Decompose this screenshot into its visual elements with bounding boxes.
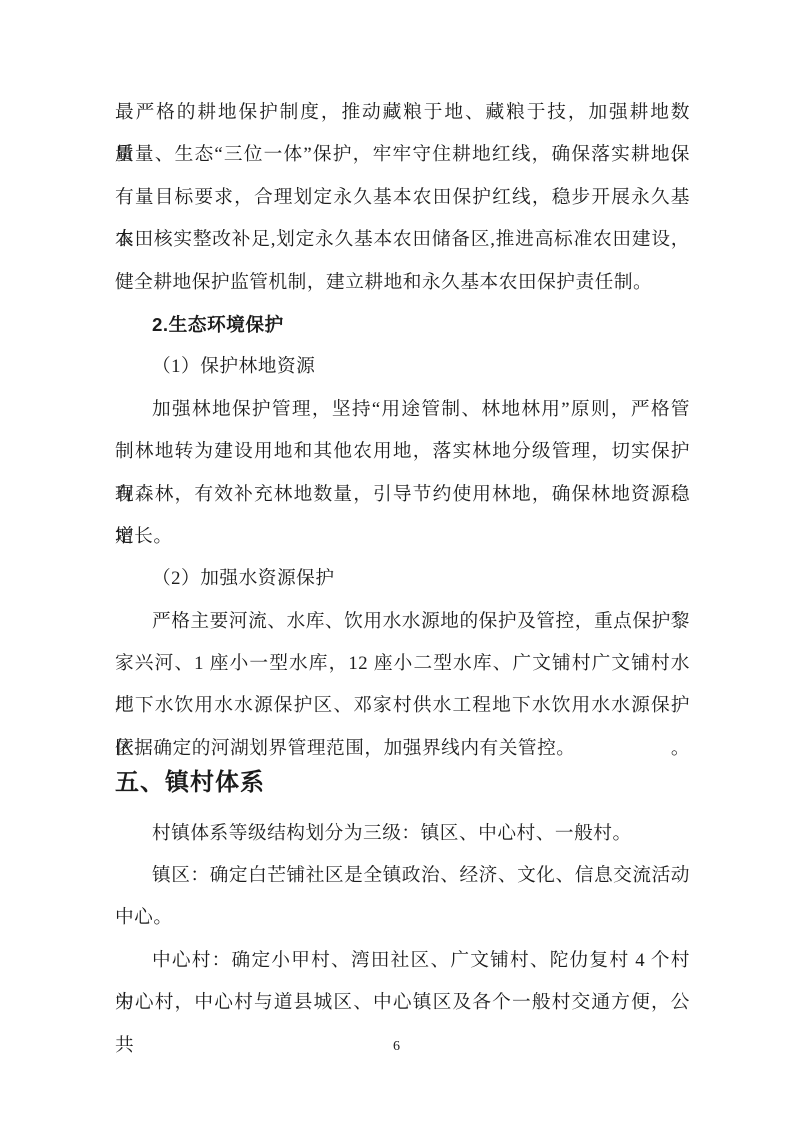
subsection-heading: 2.生态环境保护 (115, 304, 690, 346)
document-page: 最严格的耕地保护制度，推动藏粮于地、藏粮于技，加强耕地数量、 质量、生态“三位一… (0, 0, 793, 1122)
list-item-heading: （1）保护林地资源 (115, 346, 690, 388)
page-number: 6 (0, 1038, 793, 1056)
text-line: 中心村，中心村与道县城区、中心镇区及各个一般村交通方便，公共 (115, 982, 690, 1024)
document-body: 最严格的耕地保护制度，推动藏粮于地、藏粮于技，加强耕地数量、 质量、生态“三位一… (115, 92, 690, 1025)
text-line: 有量目标要求，合理划定永久基本农田保护红线，稳步开展永久基本 (115, 177, 690, 219)
text-line: 最严格的耕地保护制度，推动藏粮于地、藏粮于技，加强耕地数量、 (115, 92, 690, 134)
text-line: 增长。 (115, 516, 690, 558)
text-line: 农田核实整改补足,划定永久基本农田储备区,推进高标准农田建设， (115, 219, 690, 261)
text-line: 镇区：确定白芒铺社区是全镇政治、经济、文化、信息交流活动 (115, 855, 690, 897)
text-line: 家兴河、1 座小一型水库，12 座小二型水库、广文铺村广文铺村水厂 (115, 643, 690, 685)
text-line: 制林地转为建设用地和其他农用地，落实林地分级管理，切实保护现 (115, 431, 690, 473)
text-line: 地下水饮用水水源保护区、邓家村供水工程地下水饮用水水源保护区。 (115, 685, 690, 727)
text-line: 加强林地保护管理，坚持“用途管制、林地林用”原则，严格管 (115, 389, 690, 431)
text-line: 健全耕地保护监管机制，建立耕地和永久基本农田保护责任制。 (115, 262, 690, 304)
text-line: 严格主要河流、水库、饮用水水源地的保护及管控，重点保护黎 (115, 601, 690, 643)
list-item-heading: （2）加强水资源保护 (115, 558, 690, 600)
text-line: 有森林，有效补充林地数量，引导节约使用林地，确保林地资源稳定 (115, 474, 690, 516)
text-line: 村镇体系等级结构划分为三级：镇区、中心村、一般村。 (115, 813, 690, 855)
text-line: 中心村：确定小甲村、湾田社区、广文铺村、陀仂复村 4 个村为 (115, 940, 690, 982)
text-line: 中心。 (115, 897, 690, 939)
text-line: 质量、生态“三位一体”保护，牢牢守住耕地红线，确保落实耕地保 (115, 134, 690, 176)
